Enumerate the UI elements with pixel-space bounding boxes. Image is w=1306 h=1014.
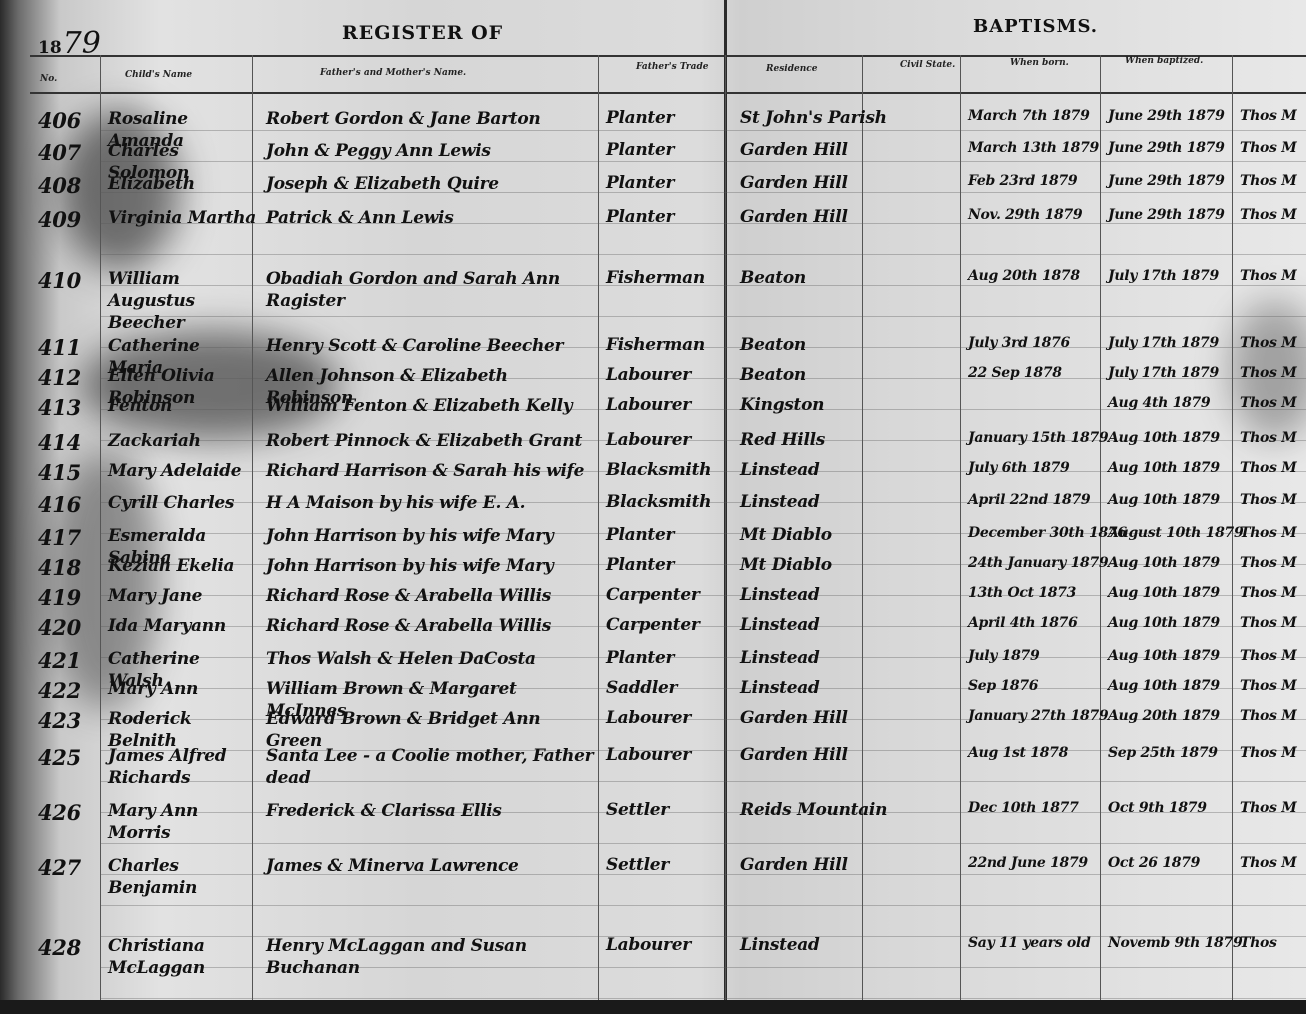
entry-child: James Alfred Richards bbox=[108, 745, 258, 789]
entry-trade: Planter bbox=[606, 648, 674, 668]
entry-child: Mary Adelaide bbox=[108, 460, 241, 482]
entry-no: 407 bbox=[38, 140, 81, 165]
entry-officiant: Thos M bbox=[1240, 108, 1296, 124]
entry-born: April 4th 1876 bbox=[968, 615, 1078, 631]
entry-parents: Henry McLaggan and Susan Buchanan bbox=[266, 935, 596, 979]
entry-no: 413 bbox=[38, 395, 81, 420]
entry-baptized: June 29th 1879 bbox=[1108, 140, 1225, 156]
entry-no: 406 bbox=[38, 108, 81, 133]
entry-baptized: Aug 10th 1879 bbox=[1108, 555, 1220, 571]
column-divider bbox=[862, 55, 863, 1000]
entry-residence: St John's Parish bbox=[740, 108, 887, 128]
entry-baptized: August 10th 1879 bbox=[1108, 525, 1243, 541]
entry-trade: Planter bbox=[606, 108, 674, 128]
entry-parents: Joseph & Elizabeth Quire bbox=[266, 173, 499, 195]
entry-born: April 22nd 1879 bbox=[968, 492, 1090, 508]
entry-baptized: Oct 9th 1879 bbox=[1108, 800, 1207, 816]
entry-no: 423 bbox=[38, 708, 81, 733]
entry-residence: Linstead bbox=[740, 678, 820, 698]
entry-parents: Robert Pinnock & Elizabeth Grant bbox=[266, 430, 582, 452]
entry-officiant: Thos M bbox=[1240, 855, 1296, 871]
entry-parents: William Fenton & Elizabeth Kelly bbox=[266, 395, 572, 417]
entry-parents: Frederick & Clarissa Ellis bbox=[266, 800, 502, 822]
entry-residence: Linstead bbox=[740, 585, 820, 605]
entry-baptized: Sep 25th 1879 bbox=[1108, 745, 1218, 761]
register-title-right: BAPTISMS. bbox=[973, 16, 1098, 37]
entry-born: January 27th 1879 bbox=[968, 708, 1108, 724]
column-divider bbox=[725, 55, 726, 1000]
header-top-rule bbox=[30, 55, 1306, 57]
entry-trade: Labourer bbox=[606, 430, 691, 450]
entry-child: Elizabeth bbox=[108, 173, 195, 195]
entry-child: Cyrill Charles bbox=[108, 492, 234, 514]
entry-parents: Richard Rose & Arabella Willis bbox=[266, 585, 551, 607]
entry-no: 422 bbox=[38, 678, 81, 703]
entry-trade: Settler bbox=[606, 855, 669, 875]
entry-officiant: Thos M bbox=[1240, 708, 1296, 724]
entry-trade: Fisherman bbox=[606, 268, 705, 288]
ledger-page: 1879 REGISTER OF BAPTISMS. No. Child's N… bbox=[0, 0, 1306, 1000]
entry-officiant: Thos M bbox=[1240, 585, 1296, 601]
entry-trade: Labourer bbox=[606, 708, 691, 728]
entry-residence: Garden Hill bbox=[740, 207, 848, 227]
entry-officiant: Thos M bbox=[1240, 365, 1296, 381]
entry-officiant: Thos M bbox=[1240, 648, 1296, 664]
entry-trade: Labourer bbox=[606, 935, 691, 955]
entry-trade: Fisherman bbox=[606, 335, 705, 355]
entry-officiant: Thos M bbox=[1240, 745, 1296, 761]
entry-residence: Linstead bbox=[740, 492, 820, 512]
entry-no: 415 bbox=[38, 460, 81, 485]
column-divider bbox=[100, 55, 101, 1000]
entry-officiant: Thos M bbox=[1240, 207, 1296, 223]
entry-baptized: June 29th 1879 bbox=[1108, 108, 1225, 124]
entry-baptized: July 17th 1879 bbox=[1108, 365, 1219, 381]
entry-officiant: Thos M bbox=[1240, 395, 1296, 411]
entry-officiant: Thos M bbox=[1240, 615, 1296, 631]
entry-no: 418 bbox=[38, 555, 81, 580]
entry-parents: Richard Harrison & Sarah his wife bbox=[266, 460, 584, 482]
entry-parents: Santa Lee - a Coolie mother, Father dead bbox=[266, 745, 596, 789]
ruled-line bbox=[100, 905, 1306, 906]
entry-residence: Linstead bbox=[740, 648, 820, 668]
entry-residence: Beaton bbox=[740, 335, 806, 355]
entry-baptized: Aug 10th 1879 bbox=[1108, 460, 1220, 476]
entry-parents: John Harrison by his wife Mary bbox=[266, 555, 553, 577]
column-divider bbox=[598, 55, 599, 1000]
entry-trade: Planter bbox=[606, 140, 674, 160]
entry-residence: Linstead bbox=[740, 460, 820, 480]
entry-trade: Carpenter bbox=[606, 585, 700, 605]
entry-baptized: Aug 10th 1879 bbox=[1108, 492, 1220, 508]
column-header-residence: Residence bbox=[766, 64, 817, 74]
entry-born: 24th January 1879 bbox=[968, 555, 1108, 571]
entry-no: 409 bbox=[38, 207, 81, 232]
entry-no: 428 bbox=[38, 935, 81, 960]
entry-no: 416 bbox=[38, 492, 81, 517]
entry-no: 410 bbox=[38, 268, 81, 293]
entry-child: Mary Ann Morris bbox=[108, 800, 258, 844]
entry-child: Virginia Martha bbox=[108, 207, 256, 229]
entry-residence: Red Hills bbox=[740, 430, 825, 450]
entry-parents: H A Maison by his wife E. A. bbox=[266, 492, 525, 514]
entry-officiant: Thos M bbox=[1240, 800, 1296, 816]
entry-baptized: June 29th 1879 bbox=[1108, 207, 1225, 223]
entry-trade: Blacksmith bbox=[606, 460, 711, 480]
entry-born: 13th Oct 1873 bbox=[968, 585, 1076, 601]
column-header-when-baptized: When baptized. bbox=[1125, 56, 1203, 66]
entry-officiant: Thos M bbox=[1240, 173, 1296, 189]
entry-residence: Garden Hill bbox=[740, 855, 848, 875]
ruled-line bbox=[100, 998, 1306, 999]
entry-born: Dec 10th 1877 bbox=[968, 800, 1079, 816]
column-divider bbox=[960, 55, 961, 1000]
column-header-when-born: When born. bbox=[1010, 58, 1069, 68]
entry-born: Aug 20th 1878 bbox=[968, 268, 1080, 284]
entry-child: Mary Jane bbox=[108, 585, 202, 607]
entry-parents: Henry Scott & Caroline Beecher bbox=[266, 335, 563, 357]
entry-residence: Mt Diablo bbox=[740, 555, 832, 575]
entry-baptized: Aug 10th 1879 bbox=[1108, 678, 1220, 694]
entry-parents: Patrick & Ann Lewis bbox=[266, 207, 453, 229]
entry-born: July 1879 bbox=[968, 648, 1039, 664]
entry-born: March 7th 1879 bbox=[968, 108, 1090, 124]
entry-no: 420 bbox=[38, 615, 81, 640]
entry-baptized: Aug 10th 1879 bbox=[1108, 648, 1220, 664]
entry-residence: Garden Hill bbox=[740, 745, 848, 765]
entry-officiant: Thos M bbox=[1240, 268, 1296, 284]
entry-trade: Saddler bbox=[606, 678, 677, 698]
header-bottom-rule bbox=[30, 92, 1306, 94]
entry-parents: John & Peggy Ann Lewis bbox=[266, 140, 491, 162]
entry-born: July 3rd 1876 bbox=[968, 335, 1070, 351]
entry-trade: Labourer bbox=[606, 395, 691, 415]
entry-trade: Planter bbox=[606, 525, 674, 545]
entry-no: 414 bbox=[38, 430, 81, 455]
entry-residence: Linstead bbox=[740, 935, 820, 955]
entry-residence: Garden Hill bbox=[740, 140, 848, 160]
entry-born: December 30th 1876 bbox=[968, 525, 1127, 541]
column-header-trade: Father's Trade bbox=[636, 62, 709, 72]
entry-officiant: Thos M bbox=[1240, 555, 1296, 571]
entry-born: Sep 1876 bbox=[968, 678, 1038, 694]
entry-officiant: Thos bbox=[1240, 935, 1277, 951]
ruled-line bbox=[100, 254, 1306, 255]
entry-baptized: July 17th 1879 bbox=[1108, 335, 1219, 351]
entry-trade: Blacksmith bbox=[606, 492, 711, 512]
column-header-civil-state: Civil State. bbox=[900, 60, 955, 70]
entry-parents: James & Minerva Lawrence bbox=[266, 855, 519, 877]
entry-trade: Labourer bbox=[606, 745, 691, 765]
entry-residence: Linstead bbox=[740, 615, 820, 635]
entry-residence: Reids Mountain bbox=[740, 800, 887, 820]
entry-born: March 13th 1879 bbox=[968, 140, 1099, 156]
entry-baptized: Aug 10th 1879 bbox=[1108, 615, 1220, 631]
entry-no: 425 bbox=[38, 745, 81, 770]
entry-born: 22nd June 1879 bbox=[968, 855, 1088, 871]
entry-residence: Garden Hill bbox=[740, 173, 848, 193]
entry-child: Zackariah bbox=[108, 430, 201, 452]
entry-no: 421 bbox=[38, 648, 81, 673]
entry-no: 419 bbox=[38, 585, 81, 610]
entry-officiant: Thos M bbox=[1240, 492, 1296, 508]
entry-born: Feb 23rd 1879 bbox=[968, 173, 1077, 189]
entry-child: Keziah Ekelia bbox=[108, 555, 234, 577]
entry-officiant: Thos M bbox=[1240, 140, 1296, 156]
entry-baptized: Novemb 9th 1879 bbox=[1108, 935, 1242, 951]
entry-child: Fenton bbox=[108, 395, 172, 417]
entry-child: Ida Maryann bbox=[108, 615, 226, 637]
entry-baptized: Aug 20th 1879 bbox=[1108, 708, 1220, 724]
entry-baptized: Aug 10th 1879 bbox=[1108, 430, 1220, 446]
entry-no: 426 bbox=[38, 800, 81, 825]
entry-born: January 15th 1879 bbox=[968, 430, 1108, 446]
entry-residence: Mt Diablo bbox=[740, 525, 832, 545]
entry-baptized: July 17th 1879 bbox=[1108, 268, 1219, 284]
entry-born: 22 Sep 1878 bbox=[968, 365, 1062, 381]
ruled-line bbox=[100, 843, 1306, 844]
entry-residence: Garden Hill bbox=[740, 708, 848, 728]
entry-child: William Augustus Beecher bbox=[108, 268, 258, 334]
entry-child: Charles Benjamin bbox=[108, 855, 258, 899]
entry-baptized: June 29th 1879 bbox=[1108, 173, 1225, 189]
entry-baptized: Oct 26 1879 bbox=[1108, 855, 1200, 871]
entry-residence: Kingston bbox=[740, 395, 824, 415]
entry-no: 408 bbox=[38, 173, 81, 198]
column-header-parents: Father's and Mother's Name. bbox=[320, 68, 466, 78]
ruled-line bbox=[100, 130, 1306, 131]
entry-born: Say 11 years old bbox=[968, 935, 1090, 951]
entry-officiant: Thos M bbox=[1240, 525, 1296, 541]
entry-no: 427 bbox=[38, 855, 81, 880]
entry-born: July 6th 1879 bbox=[968, 460, 1069, 476]
entry-residence: Beaton bbox=[740, 268, 806, 288]
ruled-line bbox=[100, 316, 1306, 317]
register-title-left: REGISTER OF bbox=[342, 22, 503, 44]
entry-trade: Labourer bbox=[606, 365, 691, 385]
entry-parents: Obadiah Gordon and Sarah Ann Ragister bbox=[266, 268, 596, 312]
entry-no: 417 bbox=[38, 525, 81, 550]
entry-baptized: Aug 4th 1879 bbox=[1108, 395, 1210, 411]
entry-parents: Thos Walsh & Helen DaCosta bbox=[266, 648, 536, 670]
entry-parents: Robert Gordon & Jane Barton bbox=[266, 108, 540, 130]
entry-child: Christiana McLaggan bbox=[108, 935, 258, 979]
entry-trade: Settler bbox=[606, 800, 669, 820]
entry-officiant: Thos M bbox=[1240, 430, 1296, 446]
entry-no: 411 bbox=[38, 335, 81, 360]
entry-trade: Planter bbox=[606, 555, 674, 575]
entry-officiant: Thos M bbox=[1240, 335, 1296, 351]
column-header-child: Child's Name bbox=[125, 70, 192, 80]
entry-no: 412 bbox=[38, 365, 81, 390]
entry-trade: Planter bbox=[606, 207, 674, 227]
entry-parents: John Harrison by his wife Mary bbox=[266, 525, 553, 547]
entry-baptized: Aug 10th 1879 bbox=[1108, 585, 1220, 601]
entry-residence: Beaton bbox=[740, 365, 806, 385]
entry-officiant: Thos M bbox=[1240, 678, 1296, 694]
entry-child: Mary Ann bbox=[108, 678, 198, 700]
entry-trade: Carpenter bbox=[606, 615, 700, 635]
entry-born: Nov. 29th 1879 bbox=[968, 207, 1082, 223]
entry-trade: Planter bbox=[606, 173, 674, 193]
entry-born: Aug 1st 1878 bbox=[968, 745, 1068, 761]
entry-officiant: Thos M bbox=[1240, 460, 1296, 476]
column-header-no: No. bbox=[40, 74, 57, 84]
entry-parents: Richard Rose & Arabella Willis bbox=[266, 615, 551, 637]
